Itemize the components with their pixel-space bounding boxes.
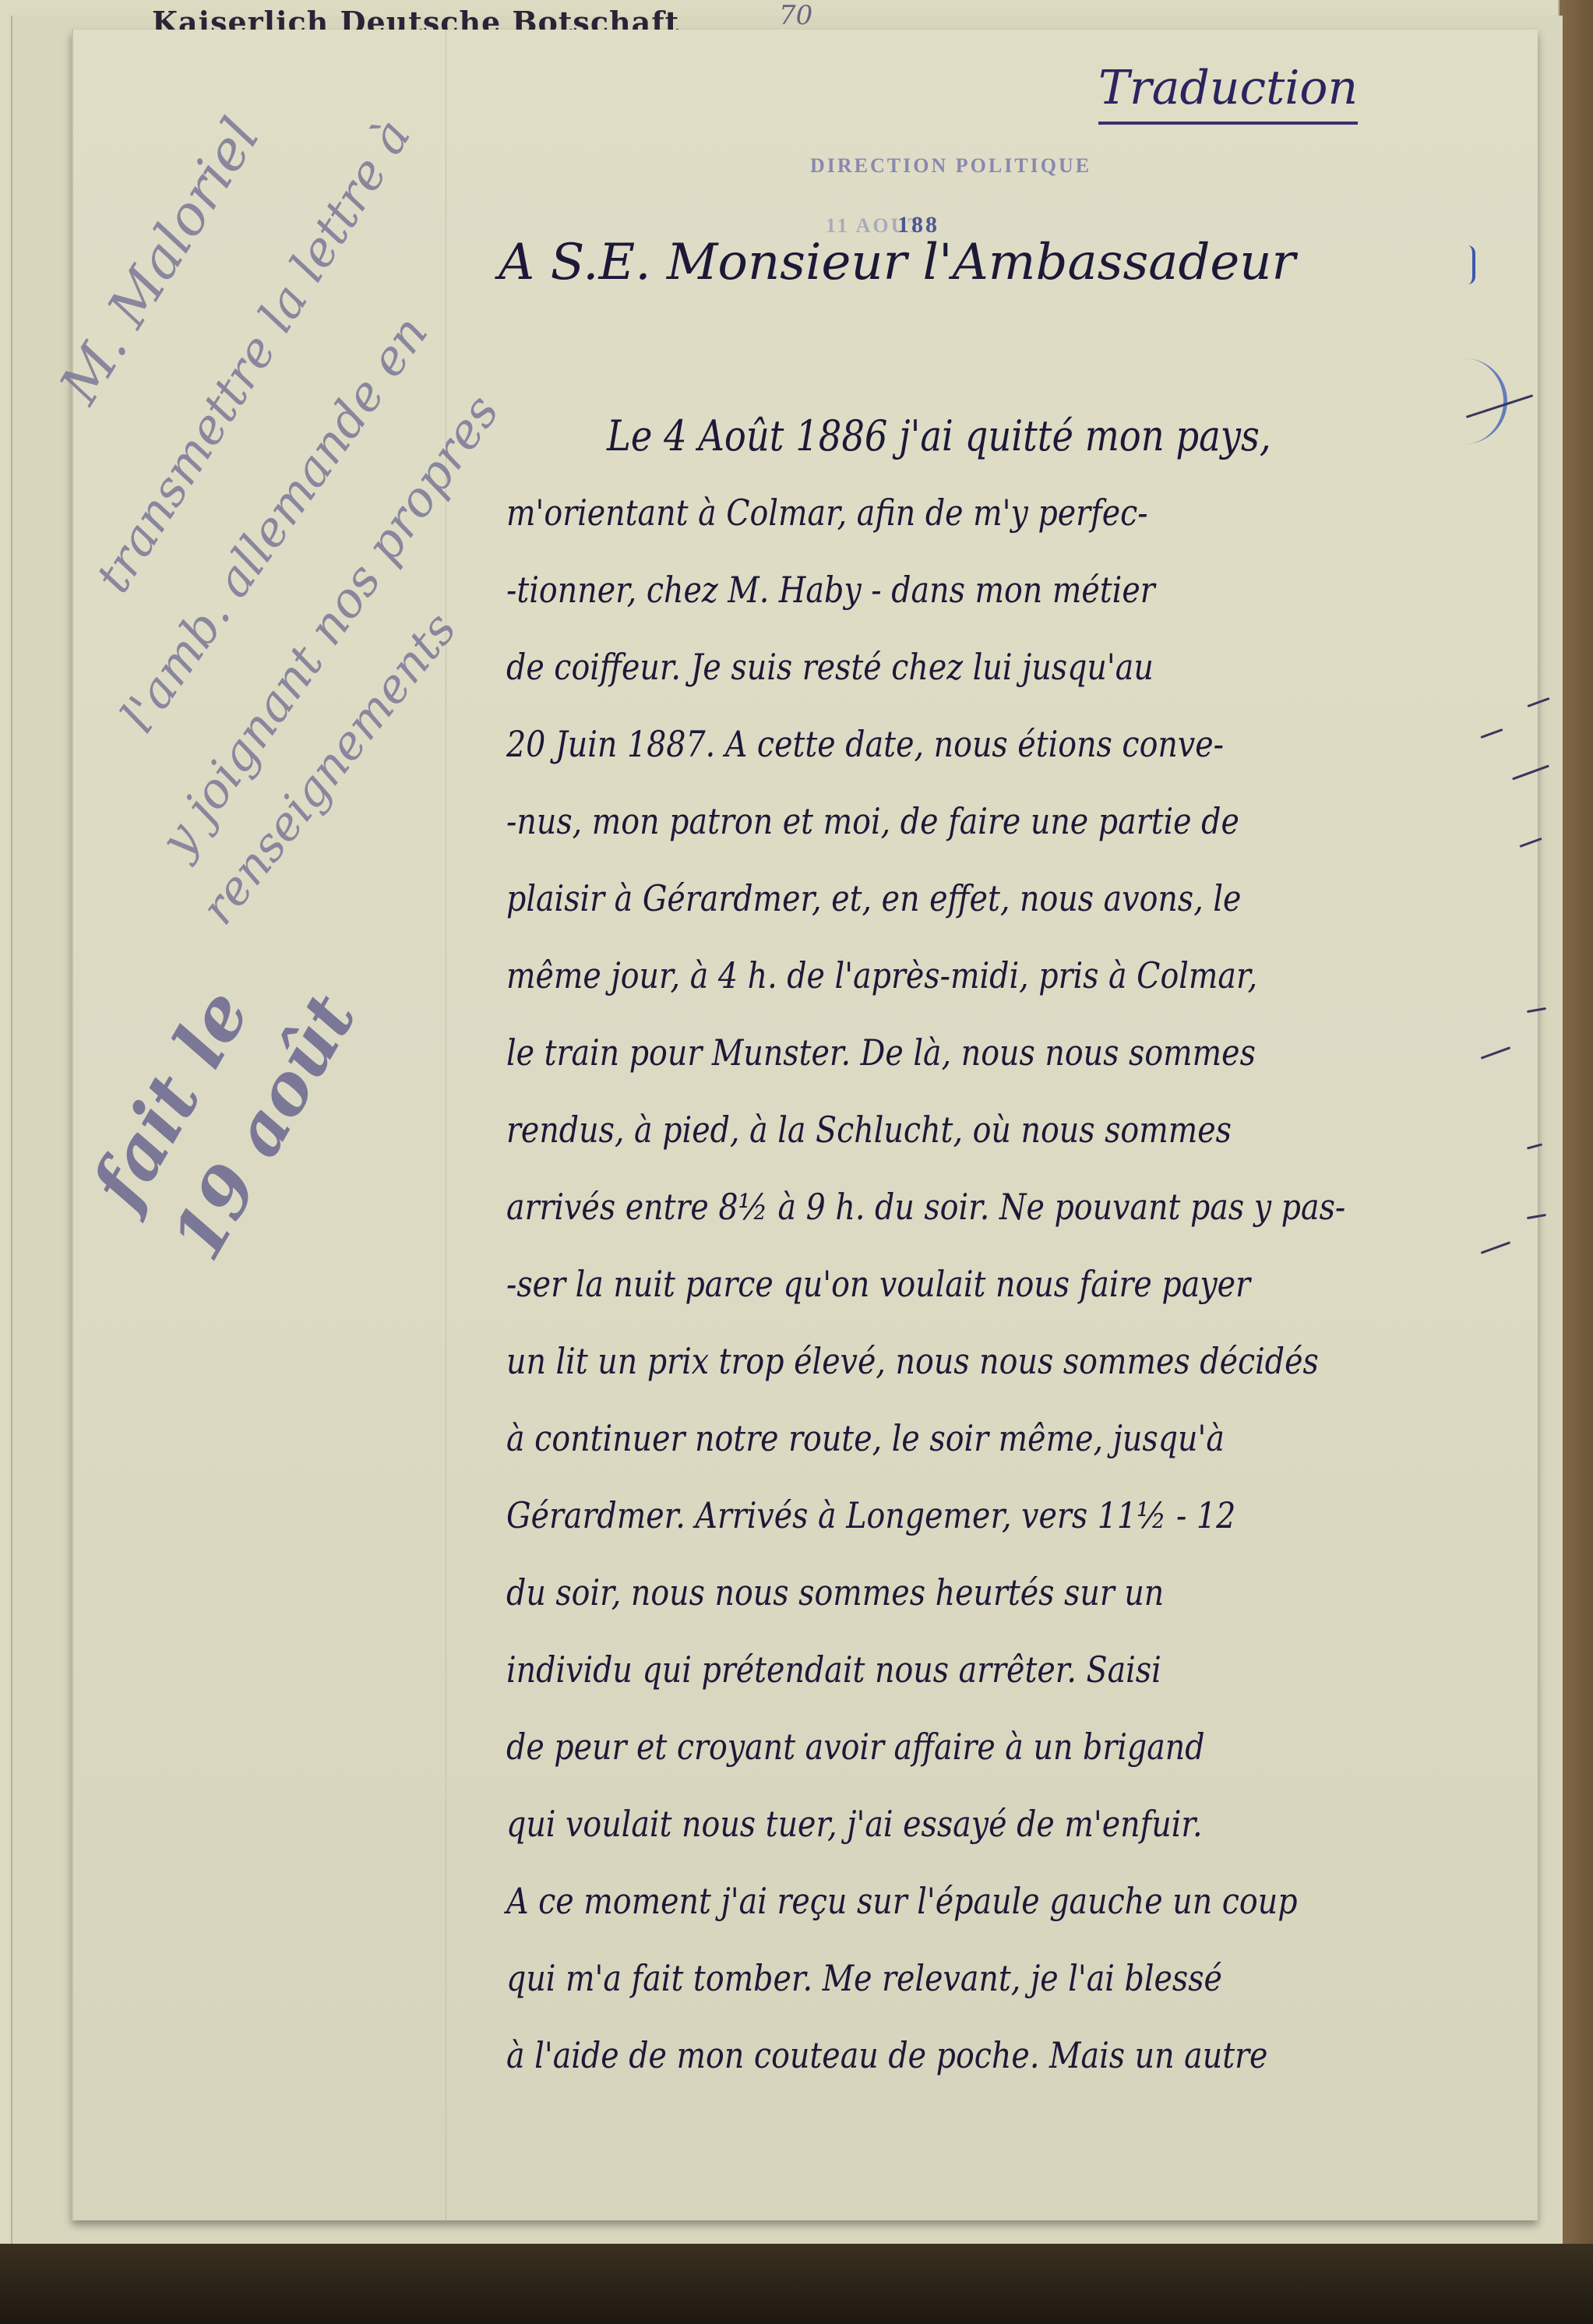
stamp-direction-politique: DIRECTION POLITIQUE [810, 154, 1091, 178]
folio-mark: 70 [779, 0, 812, 31]
body-line: le train pour Munster. De là, nous nous … [506, 1014, 1357, 1091]
body-line: Gérardmer. Arrivés à Longemer, vers 11½ … [506, 1477, 1357, 1554]
body-line: un lit un prix trop élevé, nous nous som… [506, 1323, 1357, 1400]
blue-pencil-mark [1464, 245, 1475, 284]
body-line: qui m'a fait tomber. Me relevant, je l'a… [506, 1940, 1357, 2017]
body-line: rendus, à pied, à la Schlucht, où nous s… [506, 1091, 1357, 1169]
body-line: à l'aide de mon couteau de poche. Mais u… [506, 2017, 1357, 2094]
body-line: plaisir à Gérardmer, et, en effet, nous … [506, 860, 1357, 937]
right-margin-marks [1527, 405, 1574, 1496]
body-line: 20 Juin 1887. A cette date, nous étions … [506, 706, 1357, 783]
body-line: arrivés entre 8½ à 9 h. du soir. Ne pouv… [506, 1169, 1357, 1246]
body-line: du soir, nous nous sommes heurtés sur un [506, 1554, 1357, 1631]
body-line: même jour, à 4 h. de l'après-midi, pris … [506, 937, 1357, 1014]
letter-body: Le 4 Août 1886 j'ai quitté mon pays, m'o… [506, 397, 1496, 2094]
body-line: m'orientant à Colmar, afin de m'y perfec… [506, 474, 1357, 552]
body-line: Le 4 Août 1886 j'ai quitté mon pays, [506, 397, 1357, 474]
body-line: de coiffeur. Je suis resté chez lui jusq… [506, 629, 1357, 706]
body-line: individu qui prétendait nous arrêter. Sa… [506, 1631, 1357, 1709]
body-line: -ser la nuit parce qu'on voulait nous fa… [506, 1246, 1357, 1323]
fold-line [446, 30, 446, 2220]
body-line: -tionner, chez M. Haby - dans mon métier [506, 552, 1357, 629]
desk-surface-bottom [0, 2244, 1593, 2324]
body-line: -nus, mon patron et moi, de faire une pa… [506, 783, 1357, 860]
body-line: A ce moment j'ai reçu sur l'épaule gauch… [506, 1863, 1357, 1940]
document-title: Traduction [1098, 61, 1358, 125]
body-line: qui voulait nous tuer, j'ai essayé de m'… [506, 1786, 1357, 1863]
body-line: à continuer notre route, le soir même, j… [506, 1400, 1357, 1477]
body-line: de peur et croyant avoir affaire à un br… [506, 1709, 1357, 1786]
letterhead: Kaiserlich Deutsche Botschaft [152, 0, 679, 30]
salutation: A S.E. Monsieur l'Ambassadeur [499, 234, 1295, 291]
